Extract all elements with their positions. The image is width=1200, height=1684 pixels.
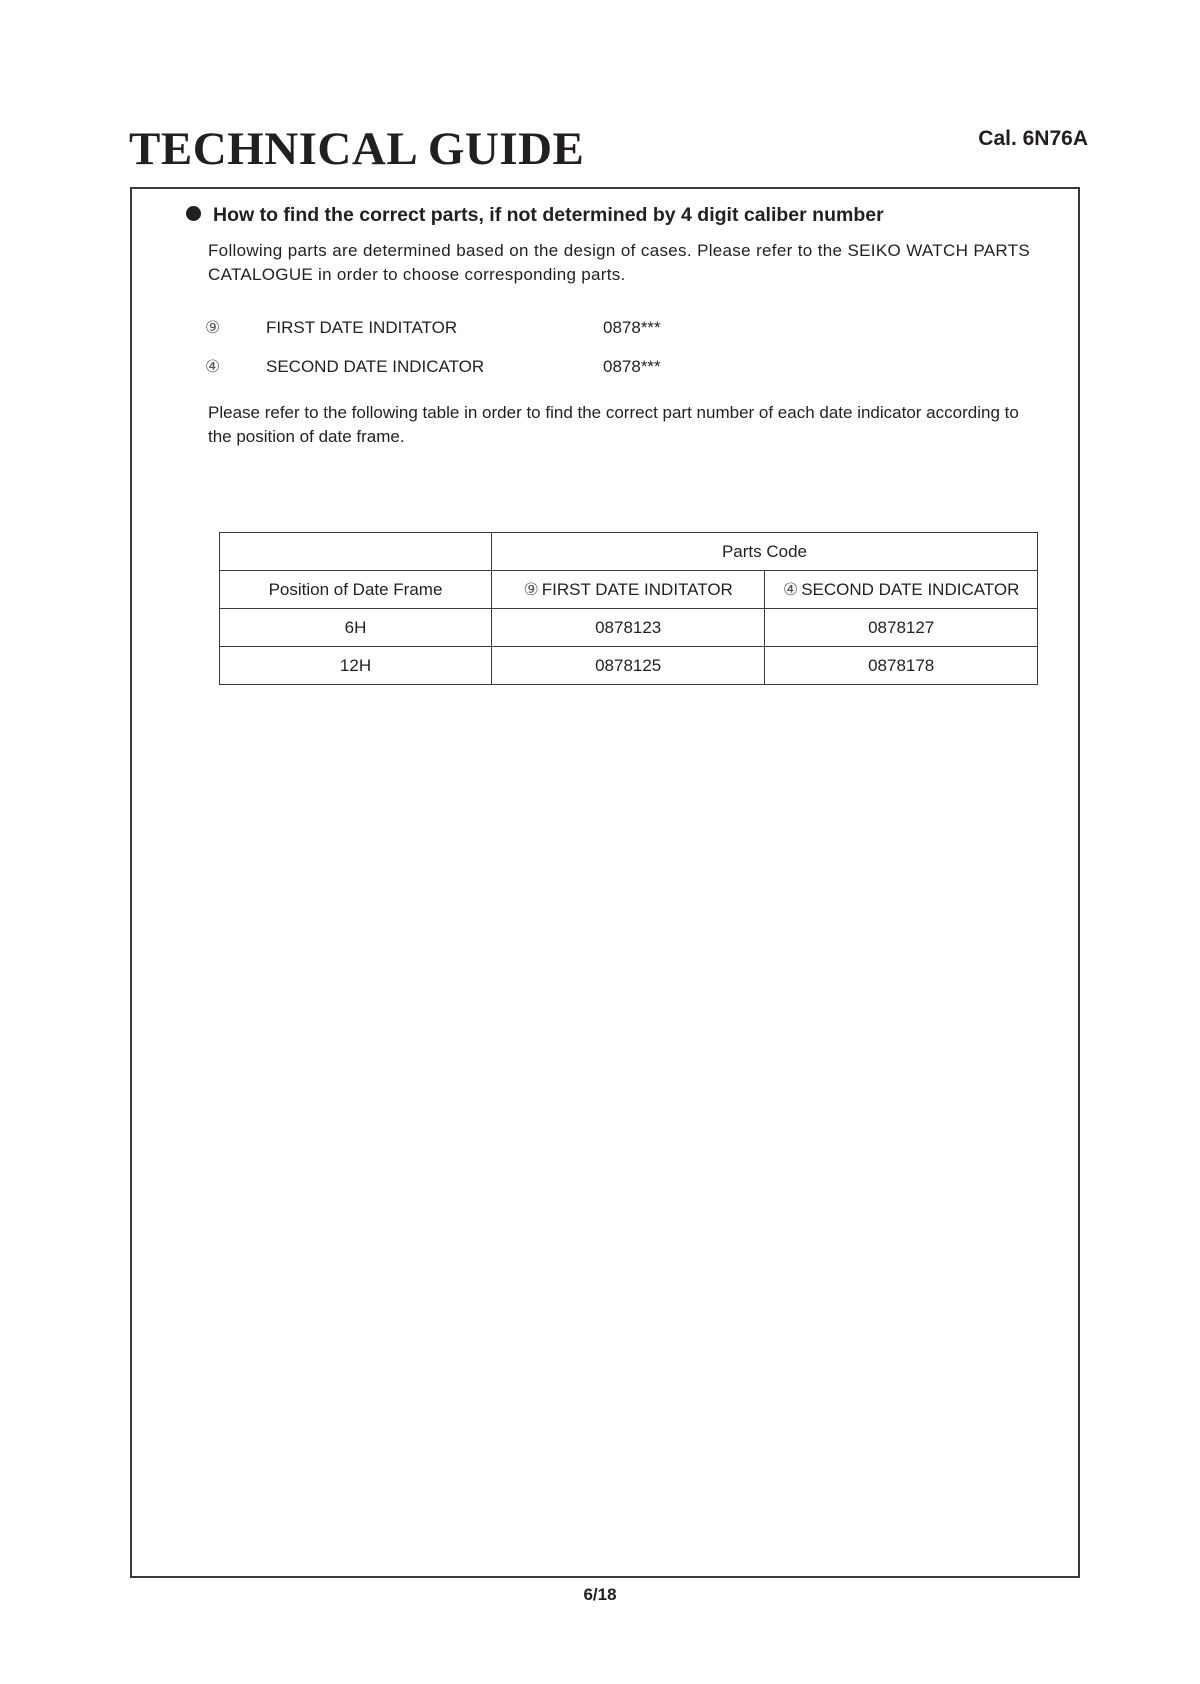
table-intro-paragraph: Please refer to the following table in o… — [208, 401, 1038, 449]
table-header-row: Position of Date Frame ⑨FIRST DATE INDIT… — [220, 571, 1038, 609]
part-number-badge: ④ — [783, 580, 798, 600]
section-heading-text: How to find the correct parts, if not de… — [213, 204, 884, 226]
section-heading: How to find the correct parts, if not de… — [186, 206, 884, 226]
part-code: 0878*** — [603, 316, 661, 340]
caliber-label: Cal. 6N76A — [978, 128, 1088, 149]
part-item: ⑨ FIRST DATE INDITATOR 0878*** — [205, 316, 805, 355]
table-cell: 0878123 — [492, 609, 765, 647]
part-number-badge: ⑨ — [205, 316, 220, 340]
table-group-header-row: Parts Code — [220, 533, 1038, 571]
part-number-badge: ④ — [205, 355, 220, 379]
content-frame — [130, 187, 1080, 1578]
table-cell: 0878127 — [765, 609, 1038, 647]
column-header: ⑨FIRST DATE INDITATOR — [492, 571, 765, 609]
column-header: ④SECOND DATE INDICATOR — [765, 571, 1038, 609]
intro-paragraph: Following parts are determined based on … — [208, 239, 1030, 287]
table-cell: 12H — [220, 647, 492, 685]
part-item: ④ SECOND DATE INDICATOR 0878*** — [205, 355, 805, 394]
part-name: SECOND DATE INDICATOR — [266, 355, 484, 379]
bullet-icon — [186, 206, 201, 221]
parts-code-table: Parts Code Position of Date Frame ⑨FIRST… — [219, 532, 1038, 685]
parts-code-header: Parts Code — [492, 533, 1038, 571]
table-row: 12H 0878125 0878178 — [220, 647, 1038, 685]
part-number-badge: ⑨ — [523, 580, 538, 600]
table-cell: 6H — [220, 609, 492, 647]
column-header: Position of Date Frame — [220, 571, 492, 609]
part-code: 0878*** — [603, 355, 661, 379]
page-number: 6/18 — [0, 1585, 1200, 1605]
table-row: 6H 0878123 0878127 — [220, 609, 1038, 647]
part-name: FIRST DATE INDITATOR — [266, 316, 457, 340]
document-title: TECHNICAL GUIDE — [129, 126, 584, 173]
table-cell: 0878178 — [765, 647, 1038, 685]
empty-header-cell — [220, 533, 492, 571]
table-cell: 0878125 — [492, 647, 765, 685]
parts-list: ⑨ FIRST DATE INDITATOR 0878*** ④ SECOND … — [205, 316, 805, 394]
